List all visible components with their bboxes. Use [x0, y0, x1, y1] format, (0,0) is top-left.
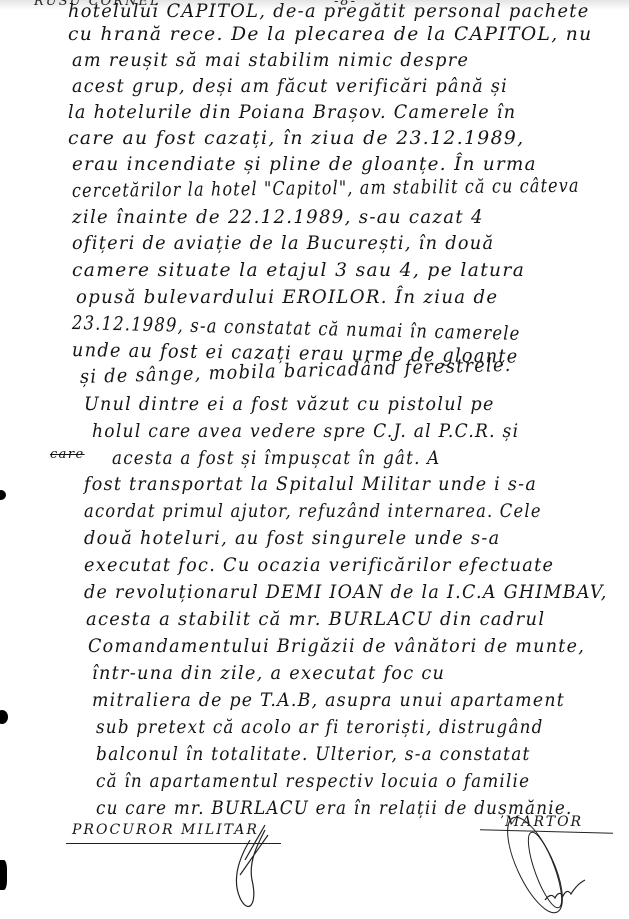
prosecutor-signature: [220, 820, 280, 919]
scan-hole-mark: [0, 490, 6, 500]
handwritten-line: camere situate la etajul 3 sau 4, pe lat…: [72, 259, 525, 281]
handwritten-line: hotelului CAPITOL, de-a pregătit persona…: [68, 0, 590, 22]
witness-signature: [490, 815, 620, 919]
scan-hole-mark: [0, 710, 8, 724]
handwritten-line: ofițeri de aviație de la București, în d…: [72, 232, 494, 254]
handwritten-line: fost transportat la Spitalul Militar und…: [84, 473, 537, 495]
handwritten-line: care au fost cazați, în ziua de 23.12.19…: [68, 127, 525, 149]
handwritten-line: la hotelurile din Poiana Brașov. Camerel…: [68, 101, 516, 123]
handwritten-line: acordat primul ajutor, refuzând internar…: [84, 500, 542, 522]
handwritten-line: că în apartamentul respectiv locuia o fa…: [96, 770, 530, 792]
handwritten-line: zile înainte de 22.12.1989, s-au cazat 4: [72, 206, 484, 228]
handwritten-line: acesta a stabilit că mr. BURLACU din cad…: [86, 608, 545, 630]
struck-out-word: care: [50, 447, 85, 462]
handwritten-line: opusă bulevardului EROILOR. În ziua de: [76, 286, 498, 308]
handwritten-line: Unul dintre ei a fost văzut cu pistolul …: [84, 393, 495, 415]
handwritten-line: mitraliera de pe T.A.B, asupra unui apar…: [92, 689, 565, 711]
handwritten-line: două hoteluri, au fost singurele unde s-…: [84, 527, 500, 549]
handwritten-line: într-una din zile, a executat foc cu: [92, 662, 445, 684]
handwritten-line: erau incendiate și pline de gloanțe. În …: [72, 153, 537, 175]
handwritten-line: am reușit să mai stabilim nimic despre: [72, 49, 469, 71]
handwritten-line: acesta a fost și împușcat în gât. A: [112, 447, 440, 469]
handwritten-line: acest grup, deși am făcut verificări pân…: [72, 75, 508, 97]
handwritten-line: cercetărilor la hotel "Capitol", am stab…: [72, 175, 580, 202]
handwritten-line: balconul în totalitate. Ulterior, s-a co…: [96, 743, 531, 765]
handwritten-line: sub pretext că acolo ar fi teroriști, di…: [96, 716, 544, 738]
handwritten-line: cu hrană rece. De la plecarea de la CAPI…: [68, 23, 593, 45]
handwritten-line: de revoluționarul DEMI IOAN de la I.C.A …: [84, 581, 608, 603]
handwritten-line: holul care avea vedere spre C.J. al P.C.…: [92, 420, 519, 442]
handwritten-line: executat foc. Cu ocazia verificărilor ef…: [84, 554, 554, 576]
scan-hole-mark: [0, 860, 7, 890]
handwritten-line: Comandamentului Brigăzii de vânători de …: [88, 635, 585, 657]
